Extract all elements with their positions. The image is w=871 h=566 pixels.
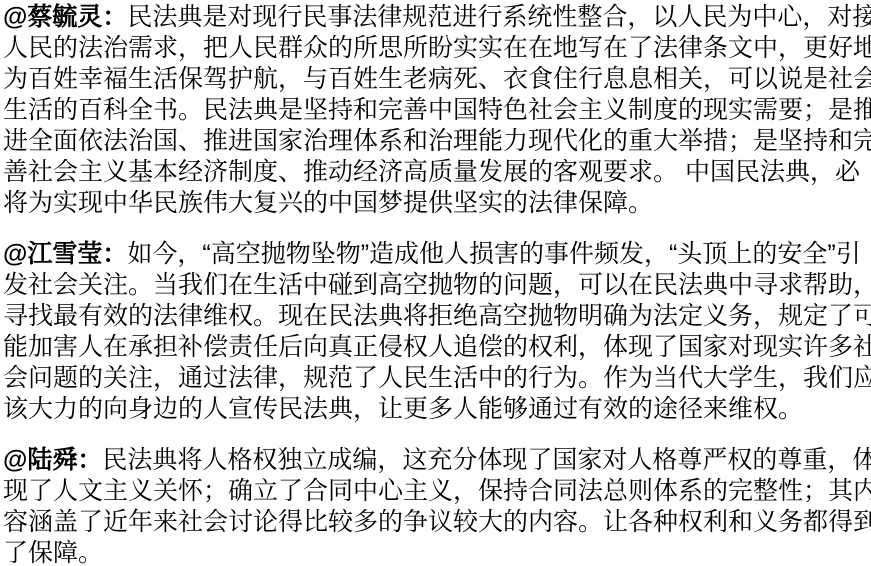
comment-line: 人民的法治需求，把人民群众的所思所盼实实在在地写在了法律条文中，更好地 <box>3 33 868 64</box>
comment-line: 该大力的向身边的人宣传民法典，让更多人能够通过有效的途径来维权。 <box>3 394 868 425</box>
document-body: @蔡毓灵：民法典是对现行民事法律规范进行系统性整合，以人民为中心，对接 人民的法… <box>3 2 868 566</box>
comment-text: 民法典将人格权独立成编，这充分体现了国家对人格尊严权的尊重，体 <box>102 446 871 474</box>
comment-line: 了保障。 <box>3 538 868 566</box>
comment-line: 容涵盖了近年来社会讨论得比较多的争议较大的内容。让各种权利和义务都得到 <box>3 507 868 538</box>
comment-line: 发社会关注。当我们在生活中碰到高空抛物的问题，可以在民法典中寻求帮助， <box>3 270 868 301</box>
comment-paragraph-2: @江雪莹：如今，“高空抛物坠物”造成他人损害的事件频发，“头顶上的安全”引 发社… <box>3 239 868 425</box>
comment-line: 善社会主义基本经济制度、推动经济高质量发展的客观要求。 中国民法典，必 <box>3 157 868 188</box>
comment-line: 为百姓幸福生活保驾护航，与百姓生老病死、衣食住行息息相关，可以说是社会 <box>3 64 868 95</box>
comment-text: 民法典是对现行民事法律规范进行系统性整合，以人民为中心，对接 <box>127 3 871 31</box>
comment-author: @陆舜： <box>3 446 102 474</box>
comment-line: @蔡毓灵：民法典是对现行民事法律规范进行系统性整合，以人民为中心，对接 <box>3 2 868 33</box>
comment-line: @江雪莹：如今，“高空抛物坠物”造成他人损害的事件频发，“头顶上的安全”引 <box>3 239 868 270</box>
comment-line: @陆舜：民法典将人格权独立成编，这充分体现了国家对人格尊严权的尊重，体 <box>3 445 868 476</box>
comment-line: 进全面依法治国、推进国家治理体系和治理能力现代化的重大举措；是坚持和完 <box>3 126 868 157</box>
comment-line: 将为实现中华民族伟大复兴的中国梦提供坚实的法律保障。 <box>3 188 868 219</box>
comment-line: 现了人文主义关怀；确立了合同中心主义，保持合同法总则体系的完整性；其内 <box>3 476 868 507</box>
comment-paragraph-1: @蔡毓灵：民法典是对现行民事法律规范进行系统性整合，以人民为中心，对接 人民的法… <box>3 2 868 219</box>
comment-author: @江雪莹： <box>3 240 127 268</box>
comment-line: 生活的百科全书。民法典是坚持和完善中国特色社会主义制度的现实需要；是推 <box>3 95 868 126</box>
comment-line: 寻找最有效的法律维权。现在民法典将拒绝高空抛物明确为法定义务，规定了可 <box>3 301 868 332</box>
comment-author: @蔡毓灵： <box>3 3 127 31</box>
comment-text: 如今，“高空抛物坠物”造成他人损害的事件频发，“头顶上的安全”引 <box>127 240 860 268</box>
comment-paragraph-3: @陆舜：民法典将人格权独立成编，这充分体现了国家对人格尊严权的尊重，体 现了人文… <box>3 445 868 566</box>
comment-line: 会问题的关注，通过法律，规范了人民生活中的行为。作为当代大学生，我们应 <box>3 363 868 394</box>
comment-line: 能加害人在承担补偿责任后向真正侵权人追偿的权利，体现了国家对现实许多社 <box>3 332 868 363</box>
